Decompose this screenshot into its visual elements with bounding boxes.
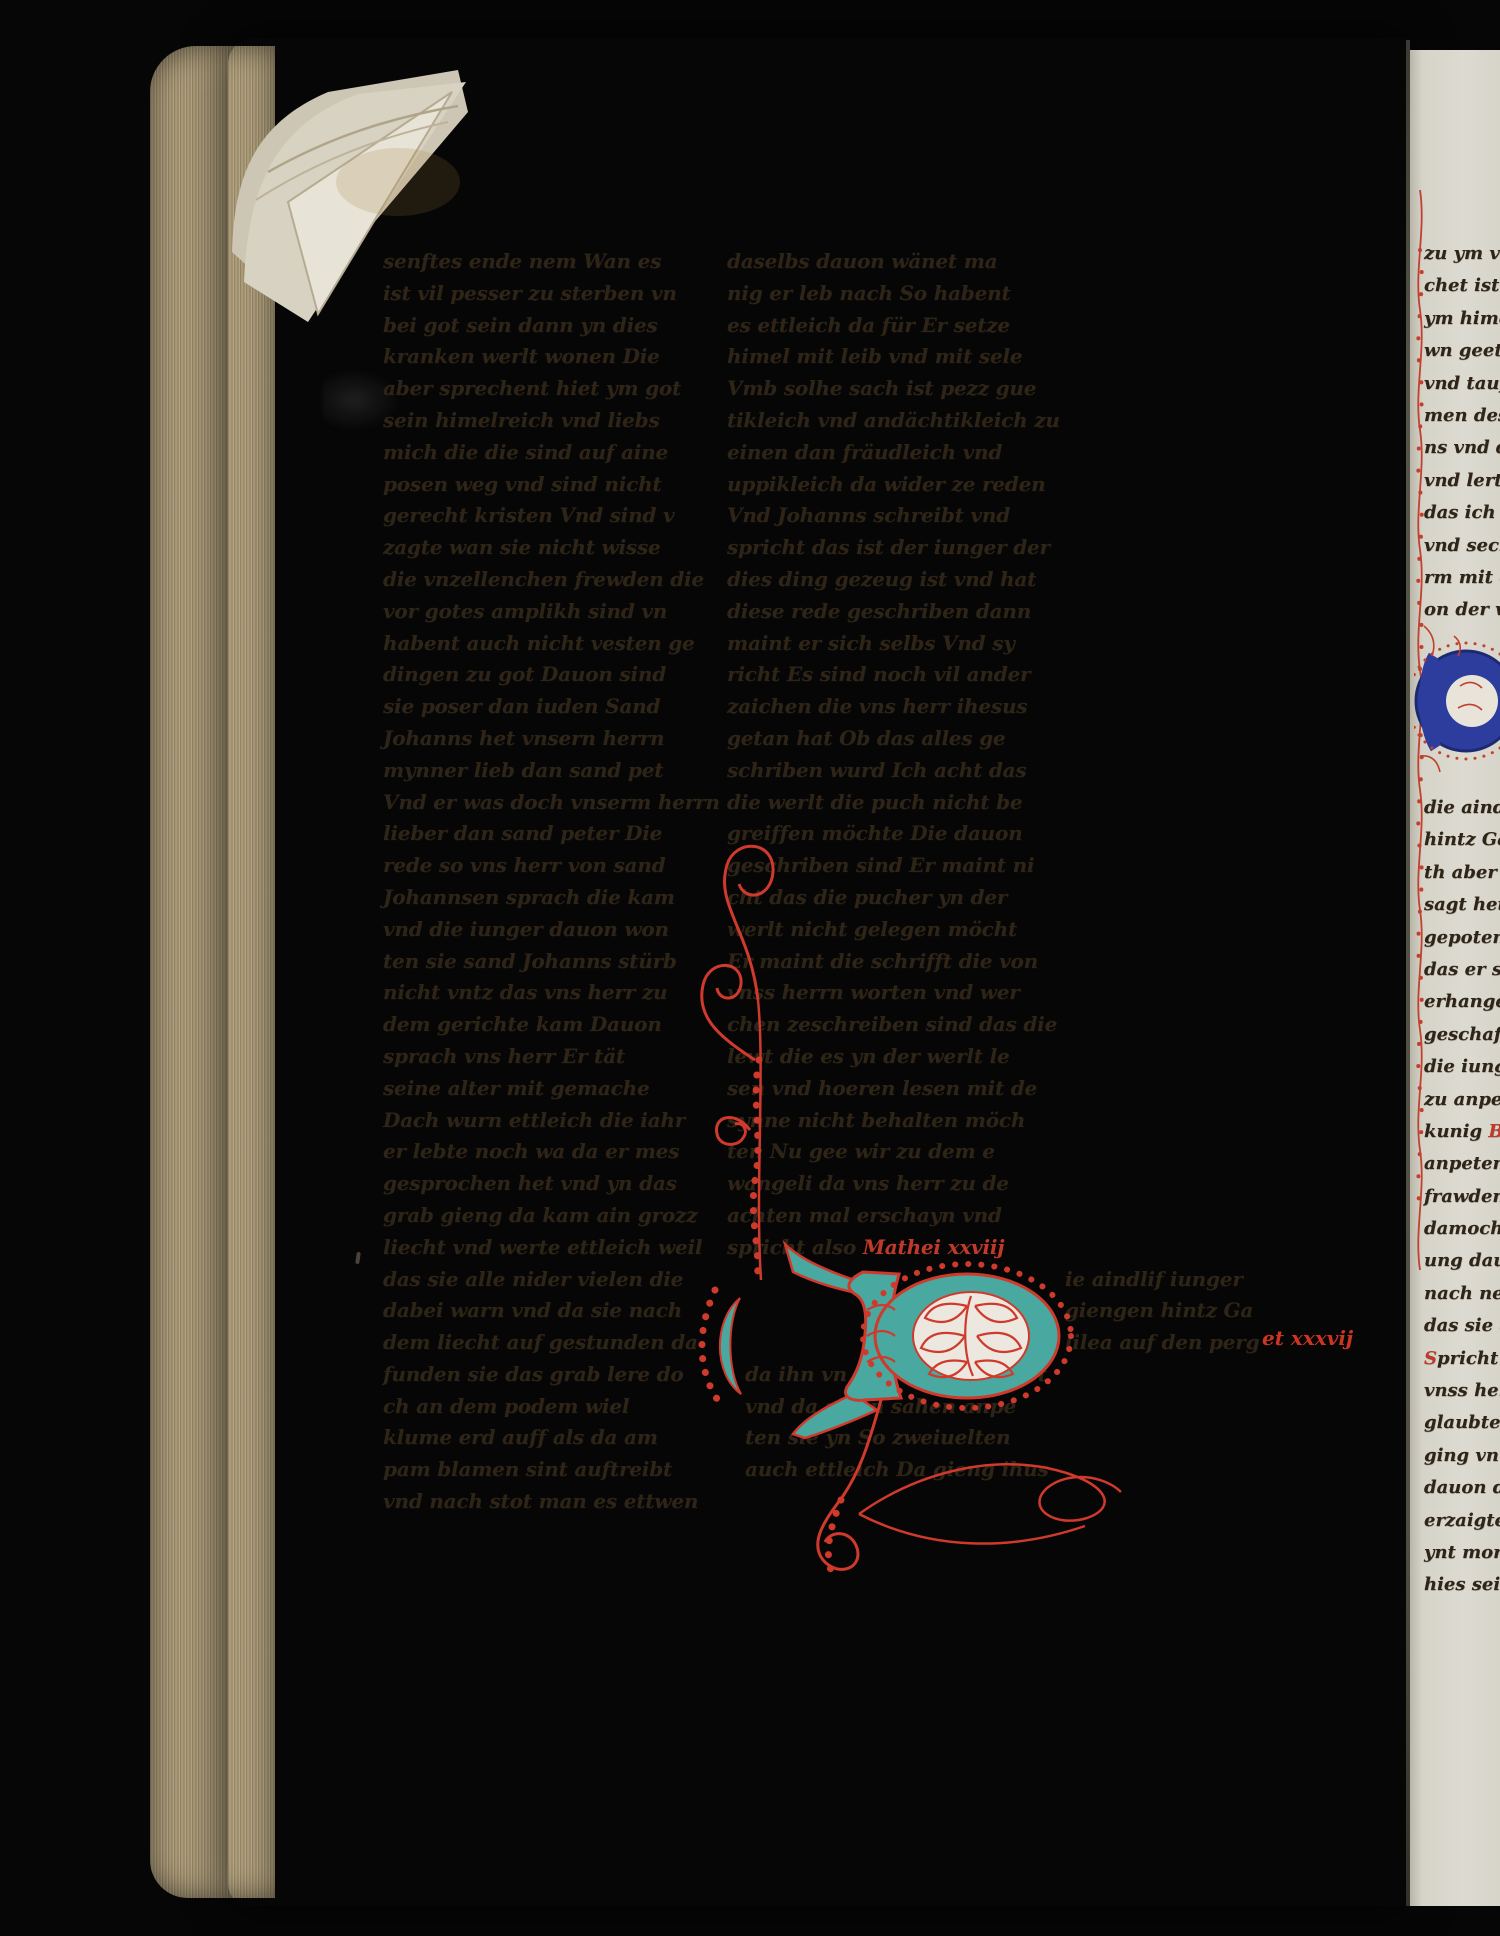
text-line: die vnzellenchen frewden die (383, 564, 719, 596)
text-line: zu ym vnd v (1424, 238, 1500, 270)
text-line: habent auch nicht vesten ge (383, 628, 719, 660)
text-line: sie poser dan iuden Sand (383, 691, 719, 723)
text-line: chet ist alle (1424, 270, 1500, 302)
text-line: ym himel v (1424, 303, 1500, 335)
text-line: einen dan fräudleich vnd (727, 437, 1071, 469)
text-line: maint er sich selbs Vnd sy (727, 628, 1071, 660)
text-line: glaubten (1424, 1407, 1500, 1439)
text-line: sein himelreich vnd liebs (383, 405, 719, 437)
next-page-text-upper: zu ym vnd vchet ist alleym himel vwn gee… (1424, 238, 1500, 627)
text-line: Johanns het vnsern herrn (383, 723, 719, 755)
text-line: kunig Ba (1424, 1116, 1500, 1148)
text-line: die iung (1424, 1051, 1500, 1083)
text-line: Vnd Johanns schreibt vnd (727, 500, 1071, 532)
text-line: zagte wan sie nicht wisse (383, 532, 719, 564)
text-line: hies sei (1424, 1569, 1500, 1601)
text-line: Vmb solhe sach ist pezz gue (727, 373, 1071, 405)
text-line: das er sich (1424, 954, 1500, 986)
text-line: erhangen (1424, 986, 1500, 1018)
text-line: ns vnd de (1424, 432, 1500, 464)
text-line: schriben wurd Ich acht das (727, 755, 1071, 787)
text-line: erzaigte (1424, 1505, 1500, 1537)
text-line: tikleich vnd andächtikleich zu (727, 405, 1071, 437)
text-line: vnd tauffe (1424, 368, 1500, 400)
text-line: gerecht kristen Vnd sind v (383, 500, 719, 532)
text-line: die aindl (1424, 792, 1500, 824)
text-line: himel mit leib vnd mit sele (727, 341, 1071, 373)
text-line: th aber a (1424, 857, 1500, 889)
text-line: nach nerr (1424, 1278, 1500, 1310)
text-line: sagt het d (1424, 889, 1500, 921)
text-line: anpeten d (1424, 1148, 1500, 1180)
text-line: das sie an (1424, 1310, 1500, 1342)
text-line: ynt mor (1424, 1537, 1500, 1569)
text-line: vnd secht (1424, 530, 1500, 562)
text-line: ging vn (1424, 1440, 1500, 1472)
penwork-flourish-top (702, 846, 773, 1280)
chapter-margin-note: et xxxvij (1262, 1326, 1353, 1350)
text-line: getan hat Ob das alles ge (727, 723, 1071, 755)
text-line: ist vil pesser zu sterben vn (383, 278, 719, 310)
text-line: diese rede geschriben dann (727, 596, 1071, 628)
text-line: nig er leb nach So habent (727, 278, 1071, 310)
text-segment: pricht sa (1437, 1348, 1500, 1369)
manuscript-photo: senftes ende nem Wan esist vil pesser zu… (0, 0, 1500, 1936)
text-line: Spricht sa (1424, 1343, 1500, 1375)
text-line: aber sprechent hiet ym got (383, 373, 719, 405)
text-line: daselbs dauon wänet ma (727, 246, 1071, 278)
text-line: mynner lieb dan sand pet (383, 755, 719, 787)
text-line: ung dau (1424, 1245, 1500, 1277)
text-line: rm mit e (1424, 562, 1500, 594)
text-segment: kunig (1424, 1121, 1488, 1142)
text-line: wn geet h (1424, 335, 1500, 367)
text-line: dauon d (1424, 1472, 1500, 1504)
text-line: dingen zu got Dauon sind (383, 659, 719, 691)
text-line: vnss herr (1424, 1375, 1500, 1407)
text-line: men des v (1424, 400, 1500, 432)
next-page-edge: zu ym vnd vchet ist alleym himel vwn gee… (1410, 50, 1500, 1906)
text-line: vnd lerte (1424, 465, 1500, 497)
text-line: spricht das ist der iunger der (727, 532, 1071, 564)
text-line: das ich eu (1424, 497, 1500, 529)
text-line: hintz Gali (1424, 824, 1500, 856)
text-line: geschaffen (1424, 1019, 1500, 1051)
next-page-text-lower: die aindlhintz Galith aber asagt het dge… (1424, 792, 1500, 1602)
text-line: richt Es sind noch vil ander (727, 659, 1071, 691)
text-line: es ettleich da für Er setze (727, 310, 1071, 342)
text-line: senftes ende nem Wan es (383, 246, 719, 278)
rubric-text: Ba (1488, 1121, 1500, 1142)
text-line: bei got sein dann yn dies (383, 310, 719, 342)
text-line: gepoten v (1424, 922, 1500, 954)
text-line: posen weg vnd sind nicht (383, 469, 719, 501)
text-line: dies ding gezeug ist vnd hat (727, 564, 1071, 596)
text-line: frawden (1424, 1181, 1500, 1213)
text-line: mich die die sind auf aine (383, 437, 719, 469)
blue-initial-fragment (1414, 616, 1500, 786)
decorated-initial-d (655, 810, 1125, 1610)
corner-stain (336, 148, 460, 216)
text-line: damoch (1424, 1213, 1500, 1245)
rubric-text: S (1424, 1348, 1437, 1369)
text-line: vor gotes amplikh sind vn (383, 596, 719, 628)
text-line: zaichen die vns herr ihesus (727, 691, 1071, 723)
initial-letter-body (720, 1244, 1071, 1438)
text-line: uppikleich da wider ze reden (727, 469, 1071, 501)
text-line: kranken werlt wonen Die (383, 341, 719, 373)
text-line: zu anpete (1424, 1084, 1500, 1116)
